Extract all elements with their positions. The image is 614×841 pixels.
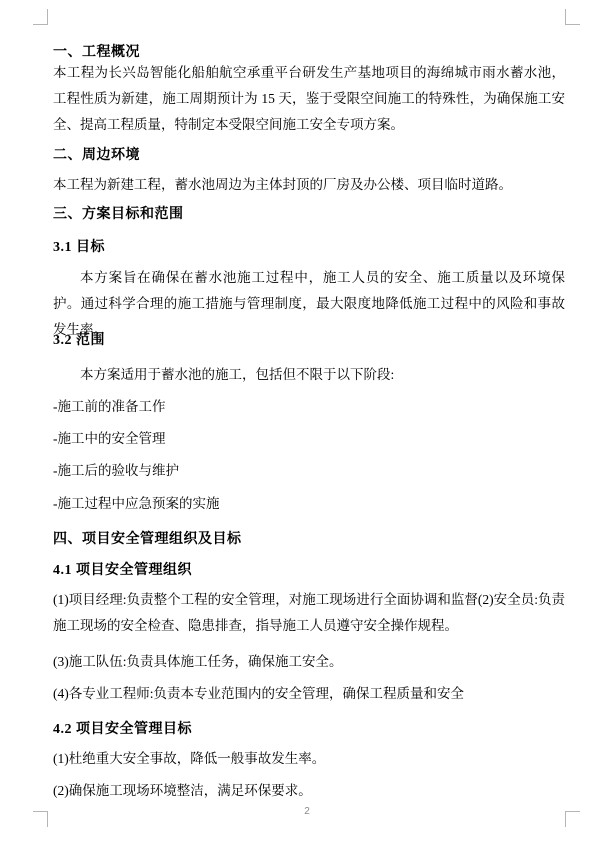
- list-item-2: -施工中的安全管理: [53, 426, 565, 452]
- subsection-heading-4-2: 4.2 项目安全管理目标: [53, 720, 565, 739]
- paragraph-scope: 本方案适用于蓄水池的施工，包括但不限于以下阶段:: [53, 362, 565, 388]
- section-heading-3: 三、方案目标和范围: [53, 205, 565, 224]
- crop-mark-top-left-icon: [33, 9, 48, 25]
- list-item-3: -施工后的验收与维护: [53, 458, 565, 484]
- document-page: 一、工程概况 本工程为长兴岛智能化船舶航空承重平台研发生产基地项目的海绵城市雨水…: [0, 0, 614, 841]
- list-item-1: -施工前的准备工作: [53, 394, 565, 420]
- paragraph-org-4: (4)各专业工程师:负责本专业范围内的安全管理，确保工程质量和安全: [53, 681, 565, 707]
- section-heading-4: 四、项目安全管理组织及目标: [53, 530, 565, 549]
- crop-mark-top-right-icon: [565, 9, 580, 25]
- paragraph-target-2: (2)确保施工现场环境整洁，满足环保要求。: [53, 778, 565, 804]
- section-heading-2: 二、周边环境: [53, 146, 565, 165]
- page-number: 2: [0, 806, 614, 818]
- paragraph-environment: 本工程为新建工程，蓄水池周边为主体封顶的厂房及办公楼、项目临时道路。: [53, 172, 565, 198]
- subsection-heading-3-1: 3.1 目标: [53, 238, 565, 257]
- paragraph-target-1: (1)杜绝重大安全事故，降低一般事故发生率。: [53, 746, 565, 772]
- list-item-4: -施工过程中应急预案的实施: [53, 491, 565, 517]
- paragraph-org-3: (3)施工队伍:负责具体施工任务，确保施工安全。: [53, 649, 565, 675]
- subsection-heading-3-2: 3.2 范围: [53, 331, 565, 350]
- paragraph-org-1-2: (1)项目经理:负责整个工程的安全管理，对施工现场进行全面协调和监督(2)安全员…: [53, 587, 565, 639]
- subsection-heading-4-1: 4.1 项目安全管理组织: [53, 561, 565, 580]
- paragraph-overview: 本工程为长兴岛智能化船舶航空承重平台研发生产基地项目的海绵城市雨水蓄水池，工程性…: [53, 60, 565, 138]
